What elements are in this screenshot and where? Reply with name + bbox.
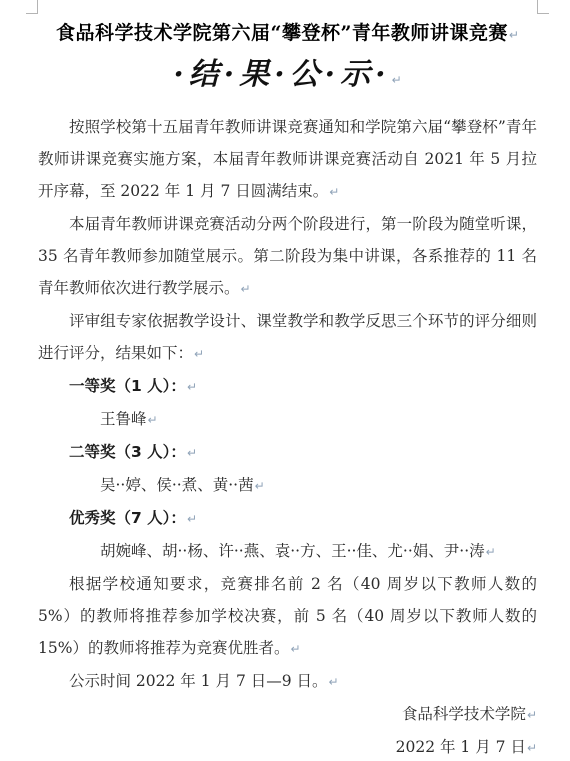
document-page: 食品科学技术学院第六届“攀登杯”青年教师讲课竞赛↵ ·结·果·公·示·↵ 按照学… [0, 0, 570, 761]
text-boundary-mark-top-left-icon [26, 0, 38, 14]
award-label: 优秀奖（7 人）： [69, 509, 186, 527]
paragraph-mark-icon: ↵ [329, 185, 339, 199]
paragraph-intro: 按照学校第十五届青年教师讲课竞赛通知和学院第六届“攀登杯”青年教师讲课竞赛实施方… [38, 111, 537, 208]
award-names-excellence: 胡婉峰、胡··杨、许··燕、袁··方、王··佳、尤··娟、尹··涛↵ [38, 535, 537, 568]
award-label: 一等奖（1 人）： [69, 377, 186, 395]
award-names: 胡婉峰、胡··杨、许··燕、袁··方、王··佳、尤··娟、尹··涛 [100, 542, 485, 560]
award-names-first-prize: 王鲁峰↵ [38, 403, 537, 436]
paragraph-mark-icon: ↵ [148, 413, 158, 427]
signature-org: 食品科学技术学院↵ [38, 698, 537, 731]
paragraph-publicity-period: 公示时间 2022 年 1 月 7 日—9 日。↵ [38, 665, 537, 698]
paragraph-mark-icon: ↵ [509, 28, 519, 42]
paragraph-mark-icon: ↵ [194, 347, 204, 361]
paragraph-text: 评审组专家依据教学设计、课堂教学和教学反思三个环节的评分细则进行评分，结果如下： [38, 312, 537, 362]
award-label: 二等奖（3 人）： [69, 443, 186, 461]
paragraph-mark-icon: ↵ [329, 675, 339, 689]
paragraph-text: 公示时间 2022 年 1 月 7 日—9 日。 [69, 672, 328, 690]
document-title-text: 食品科学技术学院第六届“攀登杯”青年教师讲课竞赛 [56, 22, 508, 44]
award-heading-second-prize: 二等奖（3 人）：↵ [38, 436, 537, 469]
award-heading-excellence: 优秀奖（7 人）：↵ [38, 502, 537, 535]
award-heading-first-prize: 一等奖（1 人）：↵ [38, 370, 537, 403]
paragraph-mark-icon: ↵ [255, 479, 265, 493]
document-subtitle: ·结·果·公·示·↵ [38, 54, 537, 101]
paragraph-mark-icon: ↵ [290, 642, 300, 656]
document-title: 食品科学技术学院第六届“攀登杯”青年教师讲课竞赛↵ [38, 18, 537, 50]
paragraph-text: 根据学校通知要求，竞赛排名前 2 名（40 周岁以下教师人数的 5%）的教师将推… [38, 575, 537, 657]
signature-date-text: 2022 年 1 月 7 日 [396, 738, 526, 756]
paragraph-mark-icon: ↵ [392, 73, 402, 87]
paragraph-mark-icon: ↵ [241, 282, 251, 296]
award-names: 王鲁峰 [100, 410, 147, 428]
paragraph-mark-icon: ↵ [486, 545, 496, 559]
paragraph-mark-icon: ↵ [527, 708, 537, 722]
paragraph-text: 本届青年教师讲课竞赛活动分两个阶段进行，第一阶段为随堂听课，35 名青年教师参加… [38, 215, 537, 297]
signature-date: 2022 年 1 月 7 日↵ [38, 731, 537, 761]
paragraph-mark-icon: ↵ [187, 512, 197, 526]
paragraph-mark-icon: ↵ [527, 741, 537, 755]
paragraph-mark-icon: ↵ [187, 446, 197, 460]
award-names-second-prize: 吴··婷、侯··煮、黄··茜↵ [38, 469, 537, 502]
document-subtitle-text: ·结·果·公·示· [173, 57, 390, 92]
paragraph-judging: 评审组专家依据教学设计、课堂教学和教学反思三个环节的评分细则进行评分，结果如下：… [38, 305, 537, 370]
paragraph-mark-icon: ↵ [187, 380, 197, 394]
paragraph-text: 按照学校第十五届青年教师讲课竞赛通知和学院第六届“攀登杯”青年教师讲课竞赛实施方… [38, 118, 537, 200]
document-content: 食品科学技术学院第六届“攀登杯”青年教师讲课竞赛↵ ·结·果·公·示·↵ 按照学… [0, 0, 570, 761]
paragraph-promotion-rules: 根据学校通知要求，竞赛排名前 2 名（40 周岁以下教师人数的 5%）的教师将推… [38, 568, 537, 665]
award-names: 吴··婷、侯··煮、黄··茜 [100, 476, 254, 494]
text-boundary-mark-top-right-icon [537, 0, 549, 14]
signature-org-text: 食品科学技术学院 [402, 705, 526, 723]
paragraph-stages: 本届青年教师讲课竞赛活动分两个阶段进行，第一阶段为随堂听课，35 名青年教师参加… [38, 208, 537, 305]
